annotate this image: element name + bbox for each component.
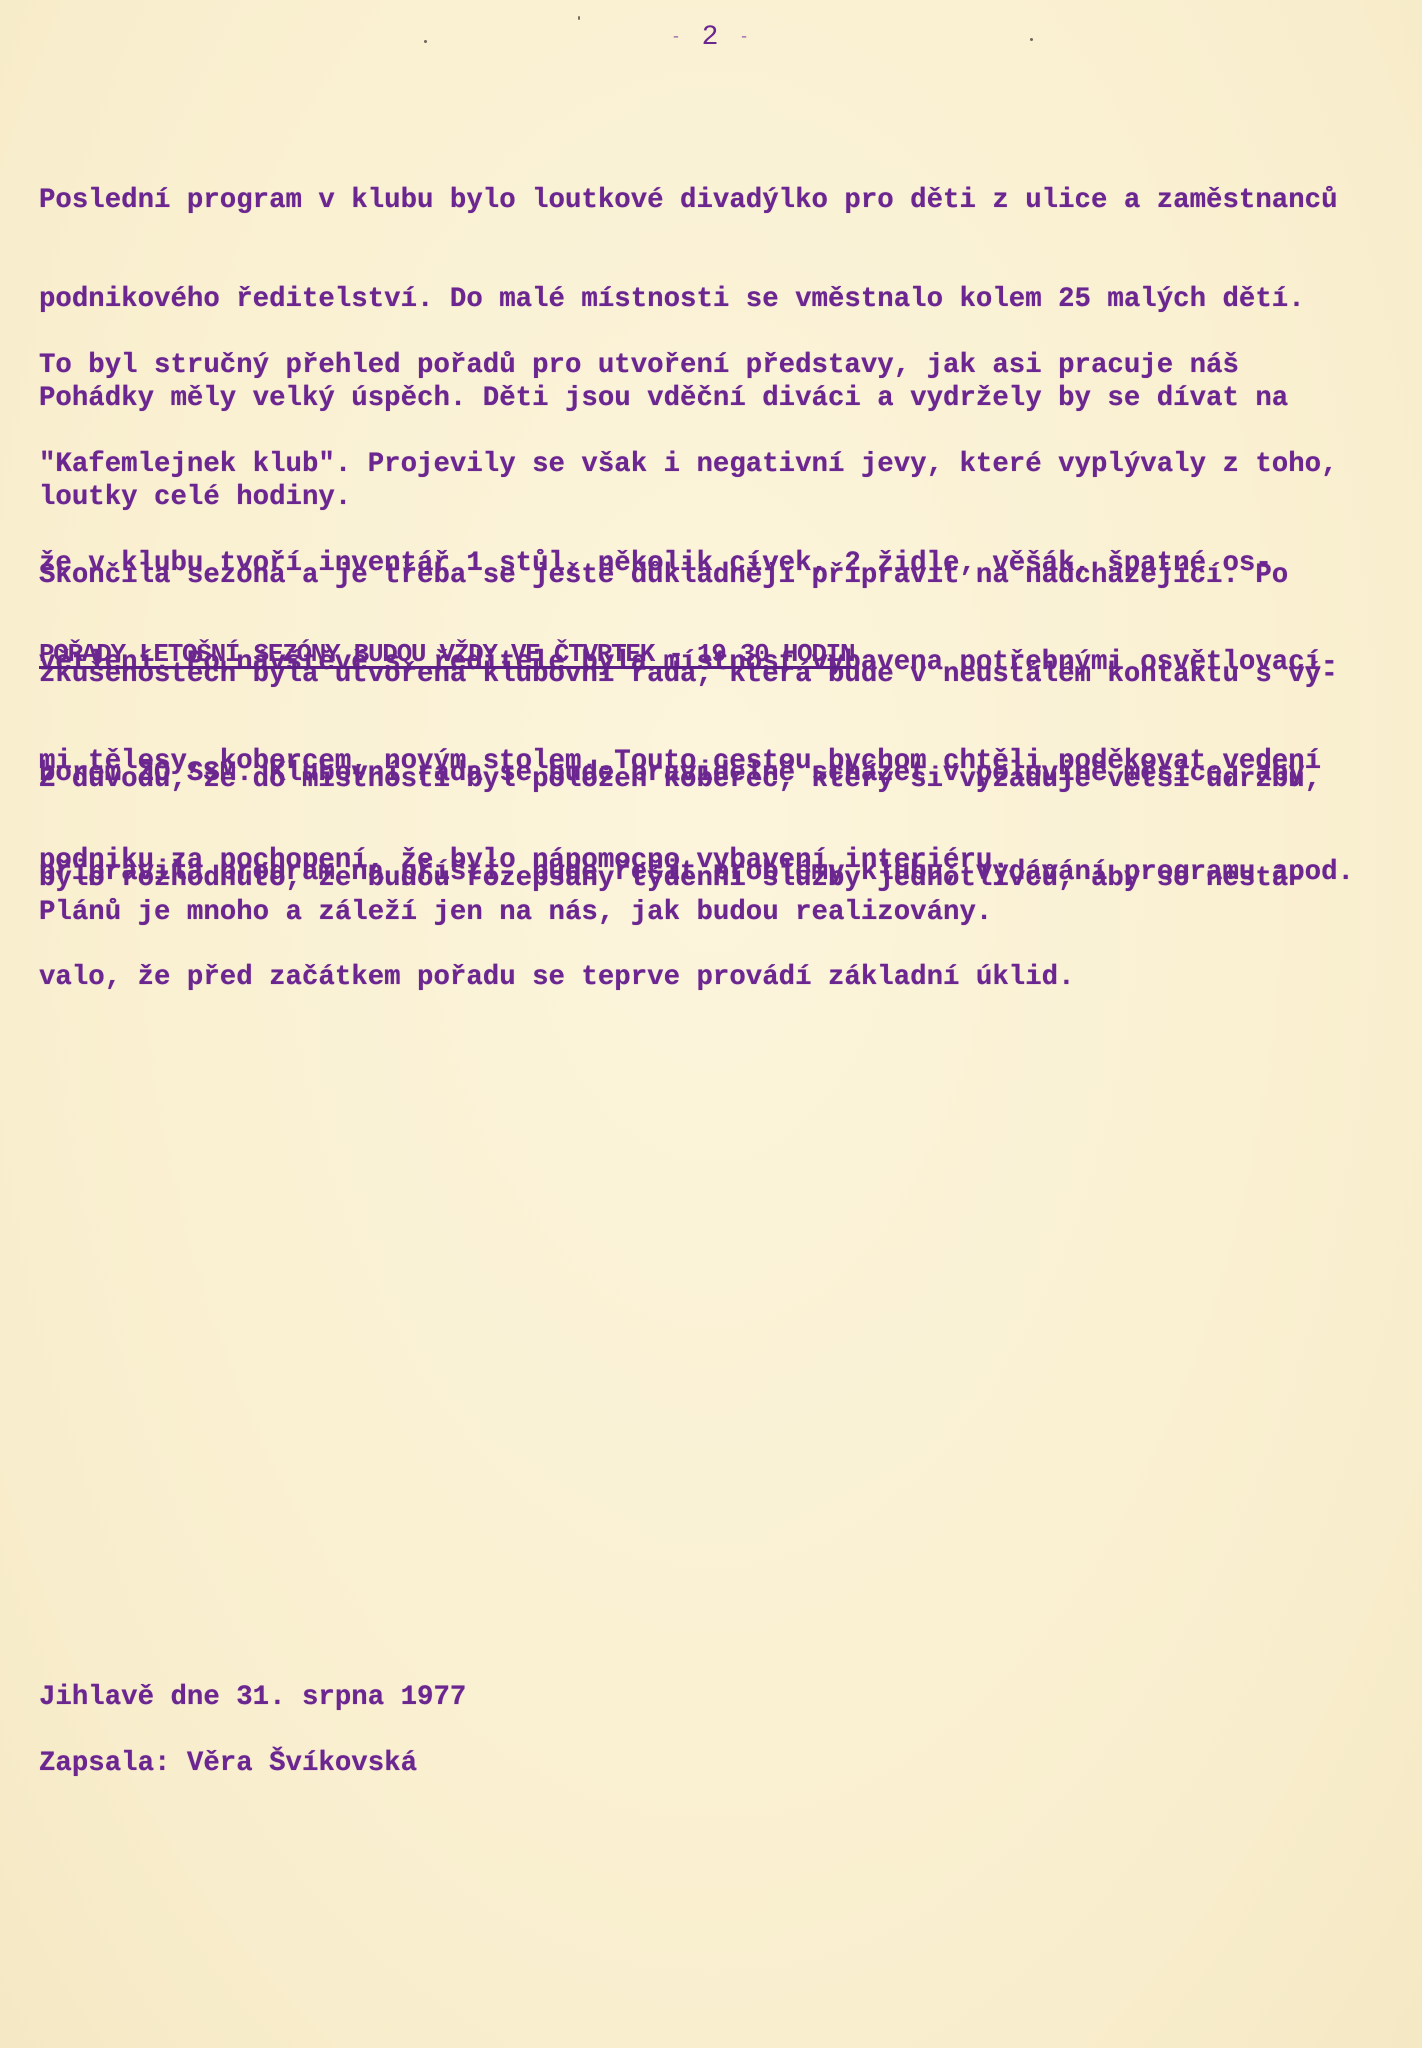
paper-speck [578, 16, 580, 20]
text-line: Skončila sezóna a je třeba se ještě důkl… [39, 559, 1399, 592]
page-number: - 2 - [0, 22, 1422, 53]
paragraph-plans: Plánů je mnoho a záleží jen na nás, jak … [39, 830, 1399, 995]
text-line: Z důvodu, že do místnosti byl položen ko… [39, 763, 1399, 796]
schedule-heading: POŘADY LETOŠNÍ SEZÓNY BUDOU VŽDY VE ČTVR… [39, 638, 854, 671]
text-line: To byl stručný přehled pořadů pro utvoře… [39, 349, 1399, 382]
page-number-value: 2 [702, 22, 721, 53]
paper-speck [1030, 38, 1033, 41]
signature-line: Zapsala: Věra Švíkovská [39, 1747, 1399, 1780]
page-number-dash-left: - [671, 28, 683, 46]
text-line: Poslední program v klubu bylo loutkové d… [39, 184, 1399, 217]
paper-speck [424, 40, 427, 43]
text-line: Plánů je mnoho a záleží jen na nás, jak … [39, 896, 1399, 929]
page-number-dash-right: - [739, 28, 751, 46]
signature: Zapsala: Věra Švíkovská [39, 1681, 1399, 1846]
text-line: "Kafemlejnek klub". Projevily se však i … [39, 448, 1399, 481]
